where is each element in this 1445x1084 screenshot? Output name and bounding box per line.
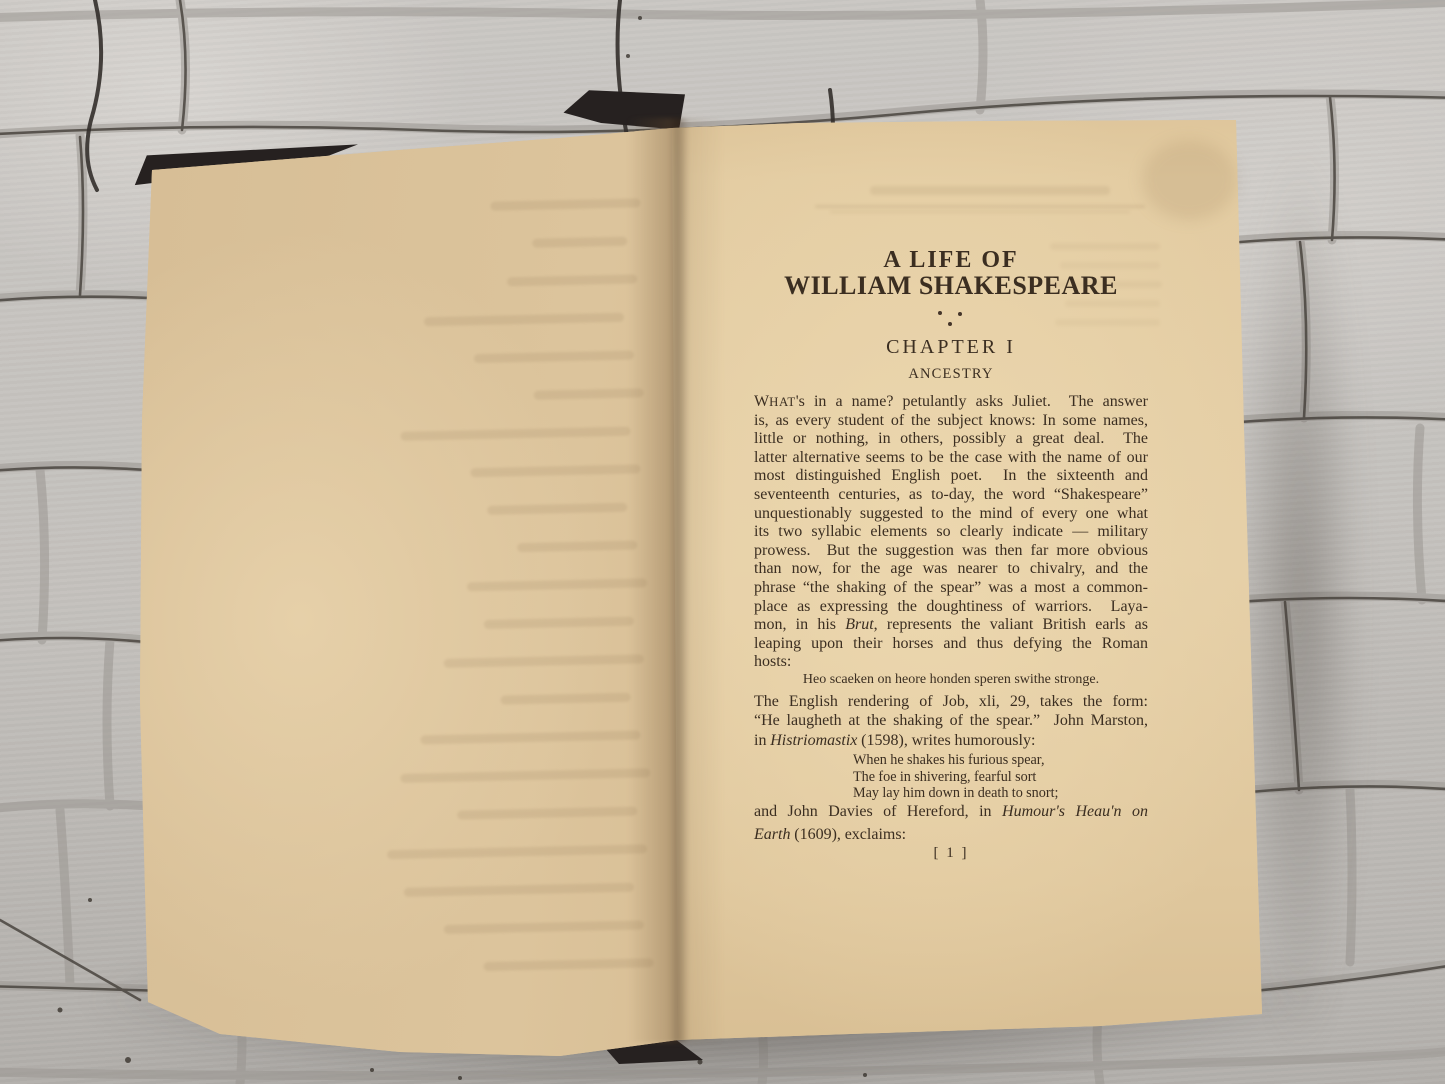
section-heading: ANCESTRY [754, 366, 1148, 383]
bleedthrough-line [420, 730, 640, 744]
bleedthrough-line [532, 237, 627, 248]
bleedthrough-line [467, 578, 647, 591]
verse-line: The foe in shivering, fearful sort [853, 769, 1148, 786]
text-line: most distinguished English poet. In the … [754, 467, 1148, 486]
book-title-line-1: A LIFE OF [754, 247, 1148, 274]
text-line: little or nothing, in others, possibly a… [754, 430, 1148, 449]
bleedthrough-line [501, 693, 631, 705]
text-line: in Histriomastix (1598), writes humorous… [754, 731, 1148, 750]
bleedthrough-line [484, 617, 634, 629]
book-gutter-shading [628, 118, 724, 1043]
text-line: place as expressing the doughtiness of w… [754, 598, 1148, 617]
bleedthrough-line [517, 540, 637, 552]
paragraph-1: WHAT's in a name? petulantly asks Juliet… [754, 393, 1148, 672]
bleedthrough-line [490, 198, 640, 210]
text-line: its two syllabic elements so clearly ind… [754, 523, 1148, 542]
paragraph-2: The English rendering of Job, xli, 29, t… [754, 692, 1148, 750]
text-line: mon, in his Brut, represents the valiant… [754, 616, 1148, 635]
old-english-quote: Heo scaeken on heore honden speren swith… [754, 671, 1148, 688]
verse-line: May lay him down in death to snort; [853, 785, 1148, 802]
bleedthrough-line [444, 654, 644, 668]
chapter-heading: CHAPTER I [754, 336, 1148, 359]
text-line: phrase “the shaking of the spear” was a … [754, 579, 1148, 598]
text-line: Earth (1609), exclaims: [754, 824, 1148, 847]
text-line: prowess. But the suggestion was then far… [754, 542, 1148, 561]
bleedthrough-line [507, 274, 637, 286]
asterism-ornament-icon [754, 309, 1148, 327]
bleedthrough-line [474, 351, 634, 364]
text-line: The English rendering of Job, xli, 29, t… [754, 692, 1148, 711]
text-line: seventeenth centuries, as to-day, the wo… [754, 486, 1148, 505]
text-line: and John Davies of Hereford, in Humour's… [754, 801, 1148, 824]
bleedthrough-line [387, 844, 647, 859]
bleedthrough-line [444, 920, 644, 934]
text-line: hosts: [754, 653, 1148, 672]
book-title-line-2: WILLIAM SHAKESPEARE [754, 271, 1148, 301]
paragraph-3: and John Davies of Hereford, in Humour's… [754, 801, 1148, 846]
bleedthrough-line [424, 313, 624, 327]
bleedthrough-line [401, 427, 631, 441]
text-line: is, as every student of the subject know… [754, 412, 1148, 431]
verse-line: When he shakes his furious spear, [853, 752, 1148, 769]
bleedthrough-line [400, 768, 650, 783]
bleedthrough-line [404, 883, 634, 897]
text-line: unquestionably suggested to the mind of … [754, 505, 1148, 524]
bleedthrough-line [457, 807, 637, 820]
bleedthrough-line [470, 464, 640, 477]
text-line: “He laugheth at the shaking of the spear… [754, 711, 1148, 730]
text-line: WHAT's in a name? petulantly asks Juliet… [754, 393, 1148, 412]
right-page-text: A LIFE OF WILLIAM SHAKESPEARE CHAPTER I … [754, 0, 1148, 1084]
open-book: A LIFE OF WILLIAM SHAKESPEARE CHAPTER I … [0, 0, 1445, 1084]
left-page-bleedthrough [0, 0, 712, 1084]
page-stain [1142, 140, 1237, 220]
photo-of-open-book: A LIFE OF WILLIAM SHAKESPEARE CHAPTER I … [0, 0, 1445, 1084]
text-line: than now, for the age was nearer to chiv… [754, 560, 1148, 579]
marston-verse: When he shakes his furious spear,The foe… [754, 752, 1148, 802]
text-line: leaping upon their horses and thus defyi… [754, 635, 1148, 654]
page-number: [ 1 ] [754, 845, 1148, 862]
bleedthrough-line [487, 503, 627, 515]
text-line: latter alternative seems to be the case … [754, 449, 1148, 468]
